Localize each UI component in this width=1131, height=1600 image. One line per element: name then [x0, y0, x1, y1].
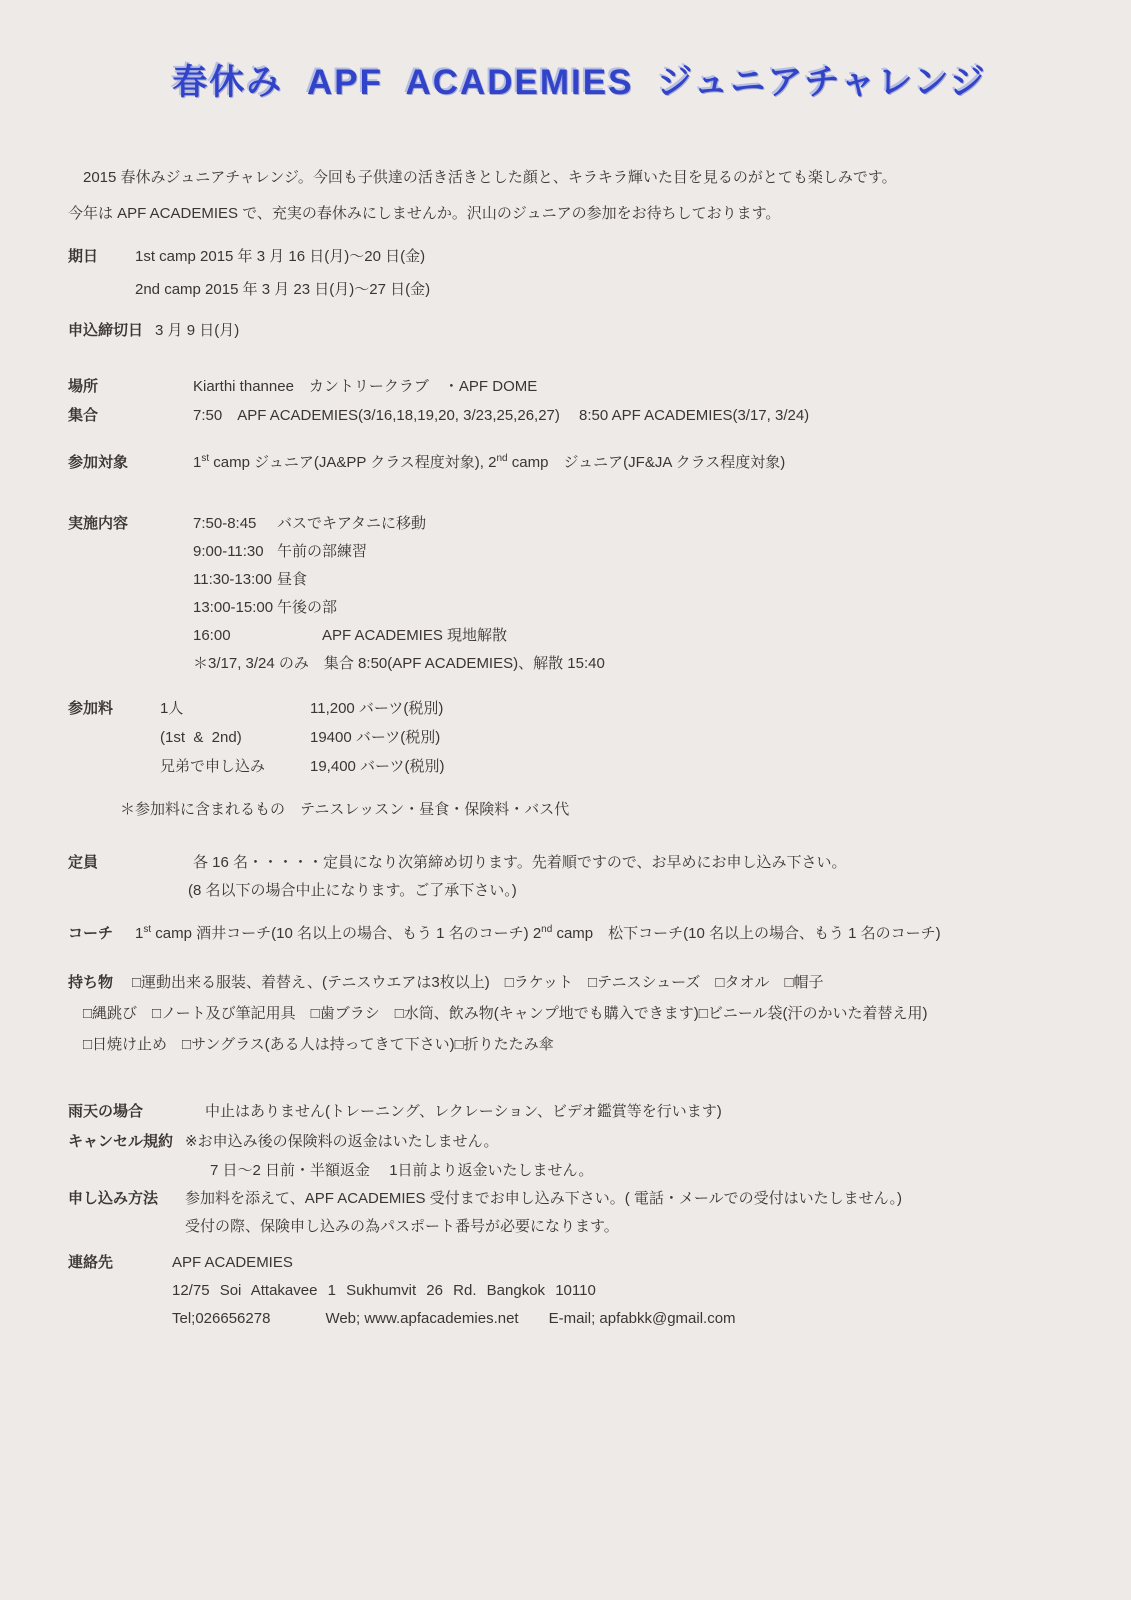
place-row: 場所 Kiarthi thannee カントリークラブ ・APF DOME [68, 372, 1091, 401]
schedule-time: 9:00-11:30 [193, 538, 277, 566]
belongings-label: 持ち物 [68, 967, 132, 998]
schedule-activity: 午前の部練習 [277, 538, 367, 566]
schedule-activity: APF ACADEMIES 現地解散 [277, 622, 507, 650]
document-page: 春休み APF ACADEMIES ジュニアチャレンジ 2015 春休みジュニア… [0, 0, 1131, 1600]
coach-ordinal-2: nd [541, 924, 552, 935]
belongings-line-3: □日焼け止め □サングラス(ある人は持ってきて下さい)□折りたたみ傘 [83, 1029, 1091, 1060]
target-part-3: camp ジュニア(JF&JA クラス程度対象) [508, 454, 786, 471]
muster-row: 集合 7:50 APF ACADEMIES(3/16,18,19,20, 3/2… [68, 401, 1091, 430]
apply-line-1: 参加料を添えて、APF ACADEMIES 受付までお申し込み下さい。( 電話・… [185, 1185, 902, 1213]
target-ordinal-1: st [201, 453, 209, 464]
section-belongings: 持ち物 □運動出来る服装、着替え、(テニスウエアは3枚以上) □ラケット □テニ… [68, 967, 1091, 1060]
section-dates: 期日 1st camp 2015 年 3 月 16 日(月)～20 日(金) 2… [68, 240, 1091, 306]
schedule-row: 9:00-11:30 午前の部練習 [193, 538, 605, 566]
belongings-line-1: □運動出来る服装、着替え、(テニスウエアは3枚以上) □ラケット □テニスシュー… [132, 967, 824, 998]
contact-tel-row: Tel;026656278 Web; www.apfacademies.net … [172, 1305, 736, 1333]
schedule-time: 7:50-8:45 [193, 510, 277, 538]
fee-price: 19,400 バーツ(税別) [310, 752, 444, 781]
contact-email: E-mail; apfabkk@gmail.com [549, 1305, 736, 1333]
document-body: 春休み APF ACADEMIES ジュニアチャレンジ 2015 春休みジュニア… [0, 0, 1131, 1333]
target-part-2: camp ジュニア(JA&PP クラス程度対象), 2 [209, 454, 496, 471]
coach-ordinal-1: st [143, 924, 151, 935]
section-apply-method: 申し込み方法 参加料を添えて、APF ACADEMIES 受付までお申し込み下さ… [68, 1185, 1091, 1241]
schedule-row: 11:30-13:00 昼食 [193, 566, 605, 594]
fees-included-note: ＊参加料に含まれるもの テニスレッスン・昼食・保険料・バス代 [68, 799, 1091, 821]
contact-address: 12/75 Soi Attakavee 1 Sukhumvit 26 Rd. B… [172, 1277, 736, 1305]
dates-line-1: 1st camp 2015 年 3 月 16 日(月)～20 日(金) [135, 240, 430, 273]
contact-tel: Tel;026656278 [172, 1305, 270, 1333]
fee-price: 11,200 バーツ(税別) [310, 694, 443, 723]
fee-row: (1st & 2nd) 19400 バーツ(税別) [160, 723, 444, 752]
deadline-value: 3 月 9 日(月) [155, 320, 239, 342]
fees-label: 参加料 [68, 694, 160, 723]
contact-name: APF ACADEMIES [172, 1249, 736, 1277]
muster-value: 7:50 APF ACADEMIES(3/16,18,19,20, 3/23,2… [193, 401, 809, 430]
capacity-label: 定員 [68, 849, 193, 877]
section-capacity: 定員 各 16 名・・・・・定員になり次第締め切ります。先着順ですので、お早めに… [68, 849, 1091, 905]
fee-item: (1st & 2nd) [160, 723, 310, 752]
target-ordinal-2: nd [496, 453, 507, 464]
dates-label: 期日 [68, 240, 135, 273]
coach-part-3: camp 松下コーチ(10 名以上の場合、もう 1 名のコーチ) [552, 925, 940, 942]
schedule-time: 11:30-13:00 [193, 566, 277, 594]
schedule-time: 13:00-15:00 [193, 594, 277, 622]
cancel-label: キャンセル規約 [68, 1127, 185, 1156]
apply-line-2: 受付の際、保険申し込みの為パスポート番号が必要になります。 [185, 1213, 902, 1241]
place-label: 場所 [68, 372, 193, 401]
cancel-line-1: ※お申込み後の保険料の返金はいたしません。 [185, 1127, 593, 1156]
schedule-row: 7:50-8:45 バスでキアタニに移動 [193, 510, 605, 538]
coach-label: コーチ [68, 923, 135, 945]
schedule-activity: 午後の部 [277, 594, 337, 622]
fee-item: 1人 [160, 694, 310, 723]
intro-paragraph: 2015 春休みジュニアチャレンジ。今回も子供達の活き活きとした顔と、キラキラ輝… [68, 160, 1091, 232]
section-cancel-policy: キャンセル規約 ※お申込み後の保険料の返金はいたしません。 7 日～2 日前・半… [68, 1127, 1091, 1185]
fee-row: 1人 11,200 バーツ(税別) [160, 694, 444, 723]
rain-value: 中止はありません(トレーニング、レクレーション、ビデオ鑑賞等を行います) [205, 1098, 722, 1126]
fee-price: 19400 バーツ(税別) [310, 723, 440, 752]
belongings-line-2: □縄跳び □ノート及び筆記用具 □歯ブラシ □水筒、飲み物(キャンプ地でも購入で… [83, 998, 1091, 1029]
page-title: 春休み APF ACADEMIES ジュニアチャレンジ [68, 0, 1091, 110]
section-rain: 雨天の場合 中止はありません(トレーニング、レクレーション、ビデオ鑑賞等を行いま… [68, 1098, 1091, 1126]
contact-label: 連絡先 [68, 1249, 172, 1277]
schedule-row: 13:00-15:00 午後の部 [193, 594, 605, 622]
section-target: 参加対象 1st camp ジュニア(JA&PP クラス程度対象), 2nd c… [68, 452, 1091, 474]
fee-item: 兄弟で申し込み [160, 752, 310, 781]
schedule-row: 16:00 APF ACADEMIES 現地解散 [193, 622, 605, 650]
cancel-line-2: 7 日～2 日前・半額返金 1日前より返金いたしません。 [185, 1156, 593, 1185]
section-deadline: 申込締切日 3 月 9 日(月) [68, 320, 1091, 342]
section-place-muster: 場所 Kiarthi thannee カントリークラブ ・APF DOME 集合… [68, 372, 1091, 430]
deadline-label: 申込締切日 [68, 320, 143, 342]
rain-label: 雨天の場合 [68, 1098, 205, 1126]
intro-line-1: 2015 春休みジュニアチャレンジ。今回も子供達の活き活きとした顔と、キラキラ輝… [68, 160, 1091, 196]
apply-label: 申し込み方法 [68, 1185, 185, 1213]
coach-value: 1st camp 酒井コーチ(10 名以上の場合、もう 1 名のコーチ) 2nd… [135, 923, 941, 945]
muster-label: 集合 [68, 401, 193, 430]
coach-part-2: camp 酒井コーチ(10 名以上の場合、もう 1 名のコーチ) 2 [151, 925, 541, 942]
dates-line-2: 2nd camp 2015 年 3 月 23 日(月)～27 日(金) [135, 273, 430, 306]
schedule-time: 16:00 [193, 622, 277, 650]
target-value: 1st camp ジュニア(JA&PP クラス程度対象), 2nd camp ジ… [193, 452, 785, 474]
intro-line-2: 今年は APF ACADEMIES で、充実の春休みにしませんか。沢山のジュニア… [68, 196, 1091, 232]
section-fees: 参加料 1人 11,200 バーツ(税別) (1st & 2nd) 19400 … [68, 694, 1091, 781]
place-value: Kiarthi thannee カントリークラブ ・APF DOME [193, 372, 537, 401]
section-schedule: 実施内容 7:50-8:45 バスでキアタニに移動 9:00-11:30 午前の… [68, 510, 1091, 678]
section-contact: 連絡先 APF ACADEMIES 12/75 Soi Attakavee 1 … [68, 1249, 1091, 1333]
capacity-line-1: 各 16 名・・・・・定員になり次第締め切ります。先着順ですので、お早めにお申し… [193, 849, 847, 877]
section-coach: コーチ 1st camp 酒井コーチ(10 名以上の場合、もう 1 名のコーチ)… [68, 923, 1091, 945]
schedule-activity: バスでキアタニに移動 [277, 510, 426, 538]
belongings-row-1: 持ち物 □運動出来る服装、着替え、(テニスウエアは3枚以上) □ラケット □テニ… [68, 967, 1091, 998]
schedule-activity: 昼食 [277, 566, 307, 594]
schedule-note: ＊3/17, 3/24 のみ 集合 8:50(APF ACADEMIES)、解散… [193, 650, 605, 678]
target-label: 参加対象 [68, 452, 193, 474]
fee-row: 兄弟で申し込み 19,400 バーツ(税別) [160, 752, 444, 781]
schedule-label: 実施内容 [68, 510, 193, 538]
contact-web: Web; www.apfacademies.net [325, 1305, 518, 1333]
capacity-line-2: (8 名以下の場合中止になります。ご了承下さい。) [188, 877, 847, 905]
